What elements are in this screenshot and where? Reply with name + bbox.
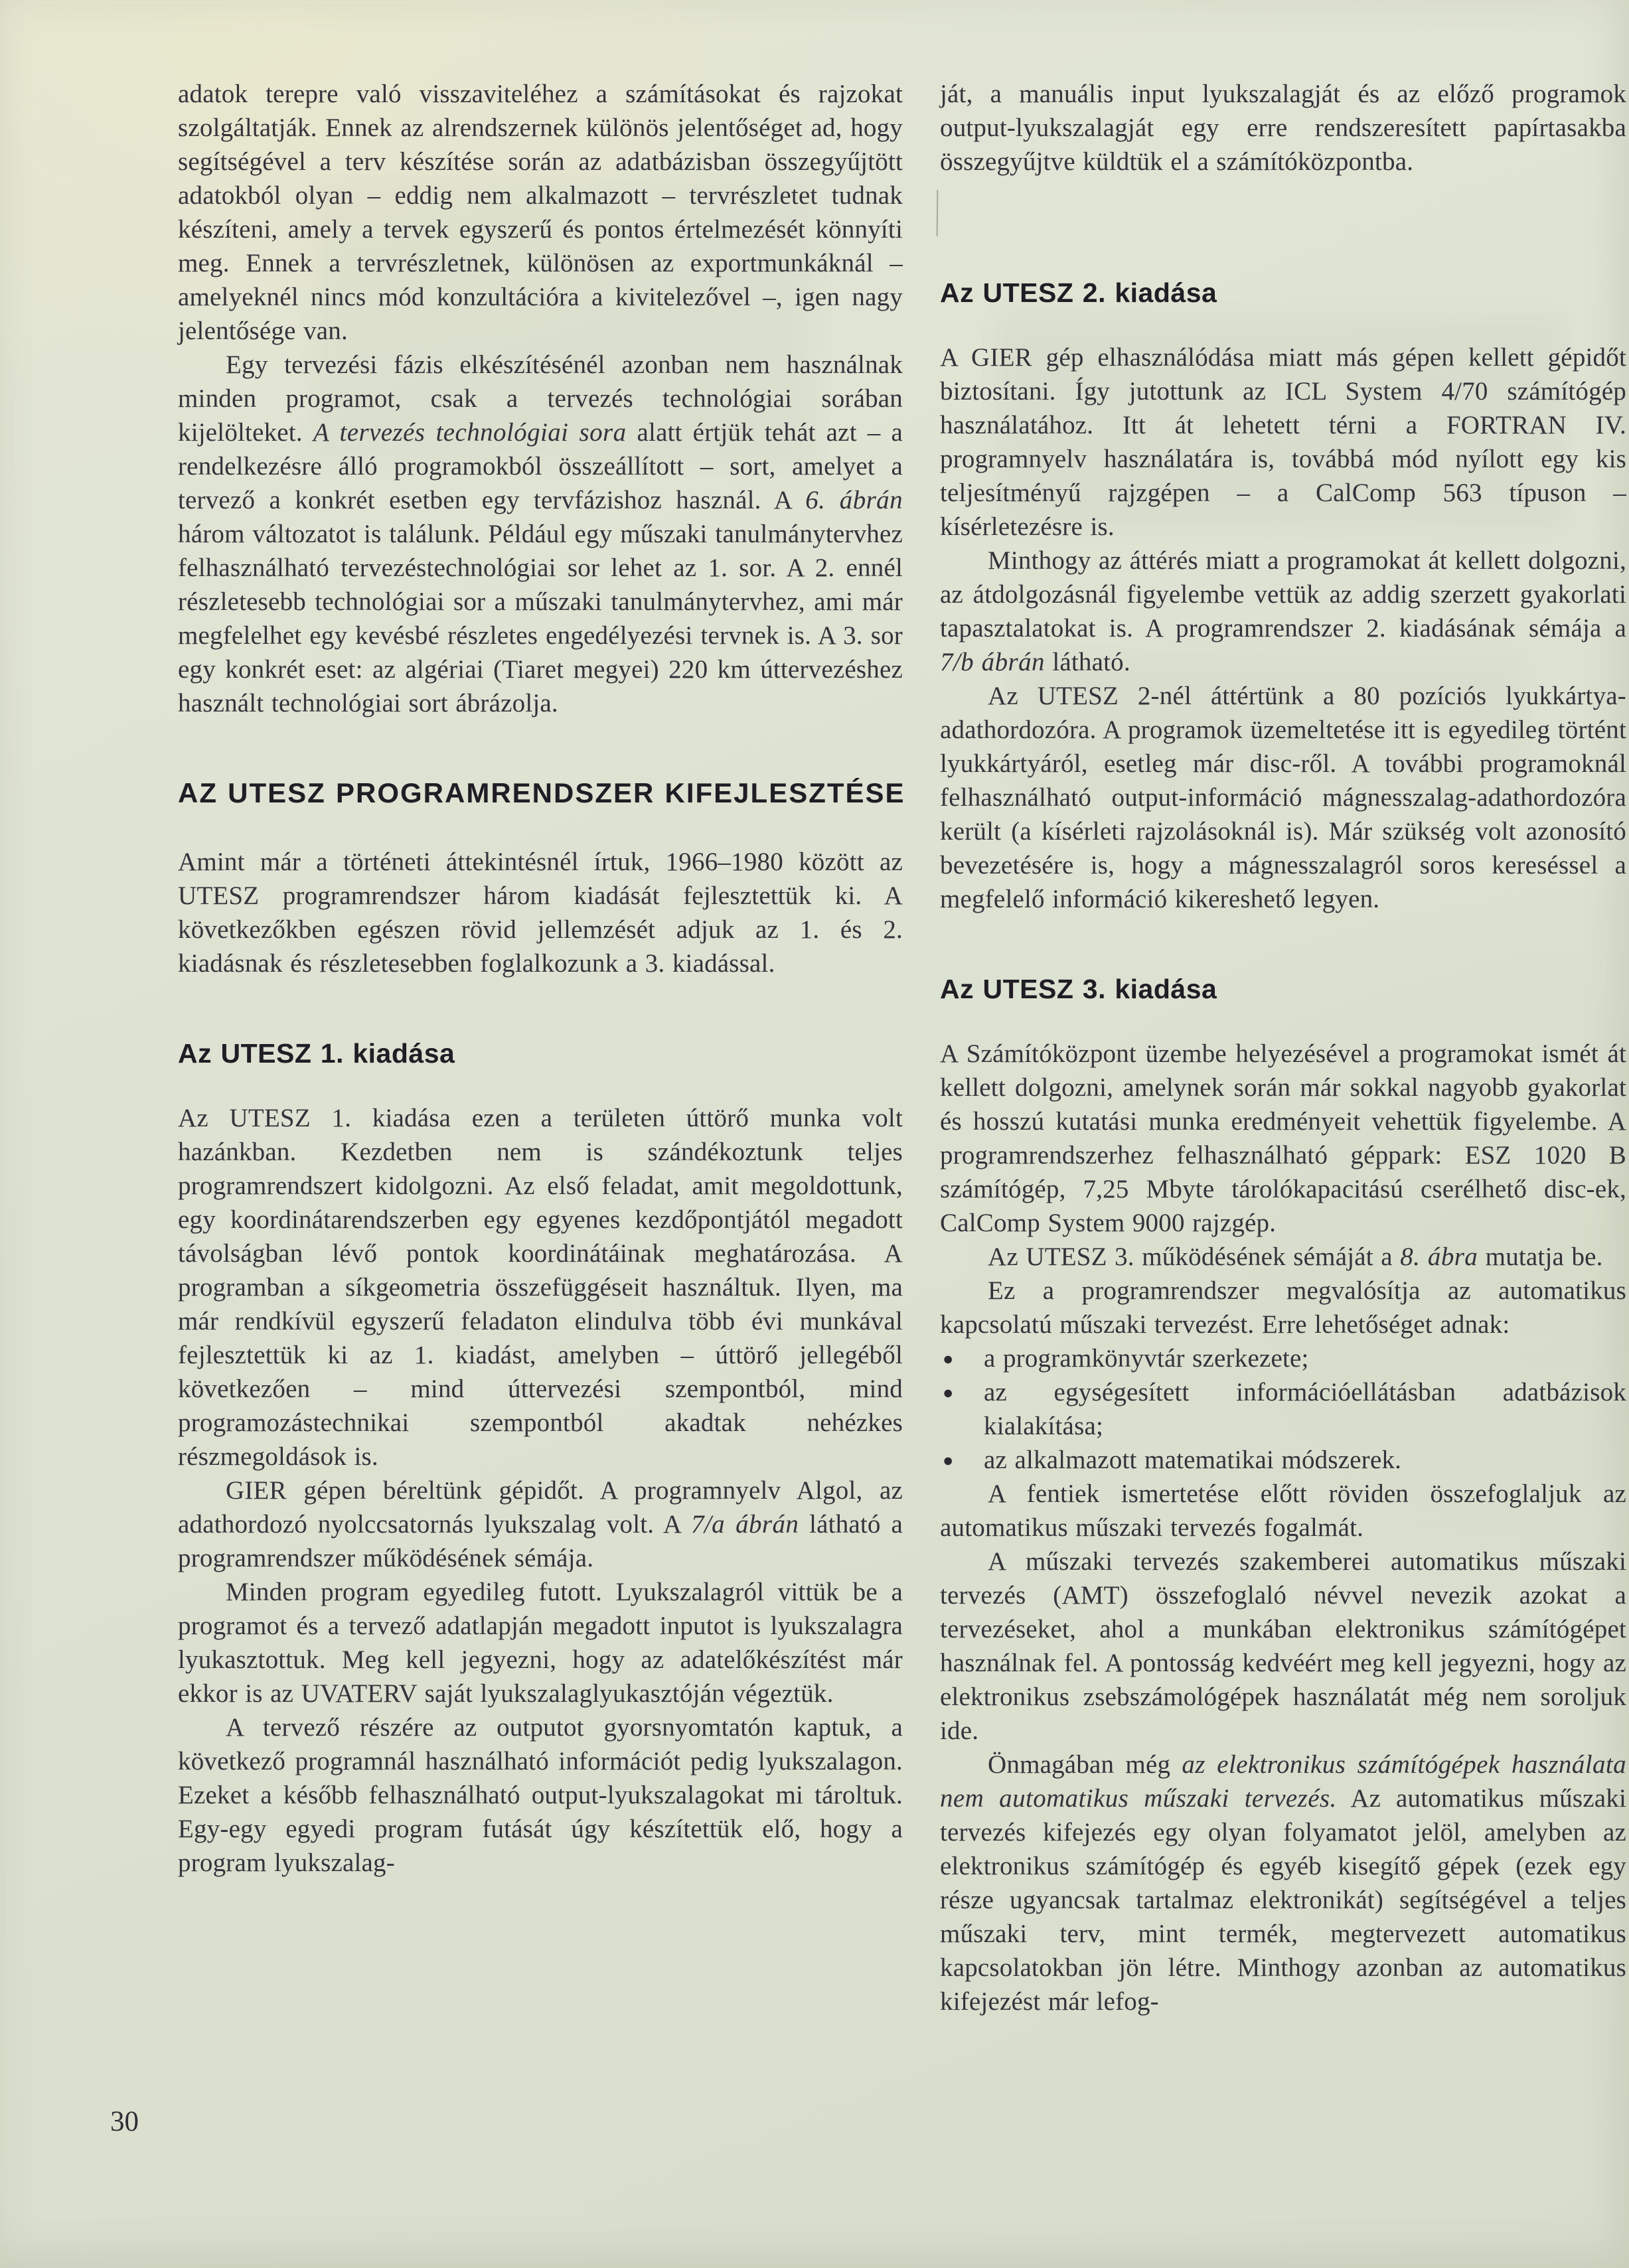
paragraph: A műszaki tervezés szakemberei automatik…: [940, 1545, 1626, 1748]
bullet-icon: ●: [943, 1342, 954, 1376]
paragraph: A GIER gép elhasználódása miatt más gépe…: [940, 340, 1626, 544]
subsection-heading: Az UTESZ 2. kiadása: [940, 277, 1626, 309]
paragraph: Az UTESZ 2-nél áttértünk a 80 pozíciós l…: [940, 679, 1626, 916]
bullet-icon: ●: [943, 1376, 954, 1410]
list-item-label: a programkönyvtár szerkezete;: [984, 1344, 1309, 1373]
page-number: 30: [110, 2105, 139, 2138]
list-item: ● a programkönyvtár szerkezete;: [940, 1341, 1626, 1375]
list-item-label: az egységesített információellátásban ad…: [984, 1378, 1626, 1440]
paragraph: Amint már a történeti áttekintésnél írtu…: [178, 845, 903, 980]
paragraph: A fentiek ismertetése előtt röviden össz…: [940, 1477, 1626, 1545]
paragraph: GIER gépen béreltünk gépidőt. A programn…: [178, 1474, 903, 1575]
list-item-label: az alkalmazott matematikai módszerek.: [984, 1446, 1401, 1474]
subsection-heading: Az UTESZ 1. kiadása: [178, 1037, 903, 1069]
paragraph: Minthogy az áttérés miatt a programokat …: [940, 544, 1626, 679]
scan-scratch: [937, 190, 939, 236]
paragraph: Ez a programrendszer megvalósítja az aut…: [940, 1274, 1626, 1341]
paragraph: Az UTESZ 1. kiadása ezen a területen útt…: [178, 1101, 903, 1474]
scanned-page: adatok terepre való visszaviteléhez a sz…: [0, 0, 1629, 2268]
subsection-heading: Az UTESZ 3. kiadása: [940, 973, 1626, 1005]
paragraph: Minden program egyedileg futott. Lyuksza…: [178, 1575, 903, 1710]
paragraph-continuation: ját, a manuális input lyukszalagját és a…: [940, 77, 1626, 179]
right-column: ját, a manuális input lyukszalagját és a…: [940, 77, 1626, 2018]
paragraph: A tervező részére az outputot gyorsnyomt…: [178, 1710, 903, 1880]
bullet-icon: ●: [943, 1444, 954, 1477]
paragraph: Önmagában még az elektronikus számítógép…: [940, 1748, 1626, 2018]
paragraph-continuation: adatok terepre való visszaviteléhez a sz…: [178, 77, 903, 348]
list-item: ● az egységesített információellátásban …: [940, 1375, 1626, 1443]
paragraph: Az UTESZ 3. működésének sémáját a 8. ábr…: [940, 1240, 1626, 1274]
section-heading: AZ UTESZ PROGRAMRENDSZER KIFEJLESZTÉSE: [178, 777, 903, 809]
paragraph: Egy tervezési fázis elkészítésénél azonb…: [178, 348, 903, 720]
paragraph: A Számítóközpont üzembe helyezésével a p…: [940, 1037, 1626, 1240]
list-item: ● az alkalmazott matematikai módszerek.: [940, 1443, 1626, 1477]
left-column: adatok terepre való visszaviteléhez a sz…: [178, 77, 903, 1880]
